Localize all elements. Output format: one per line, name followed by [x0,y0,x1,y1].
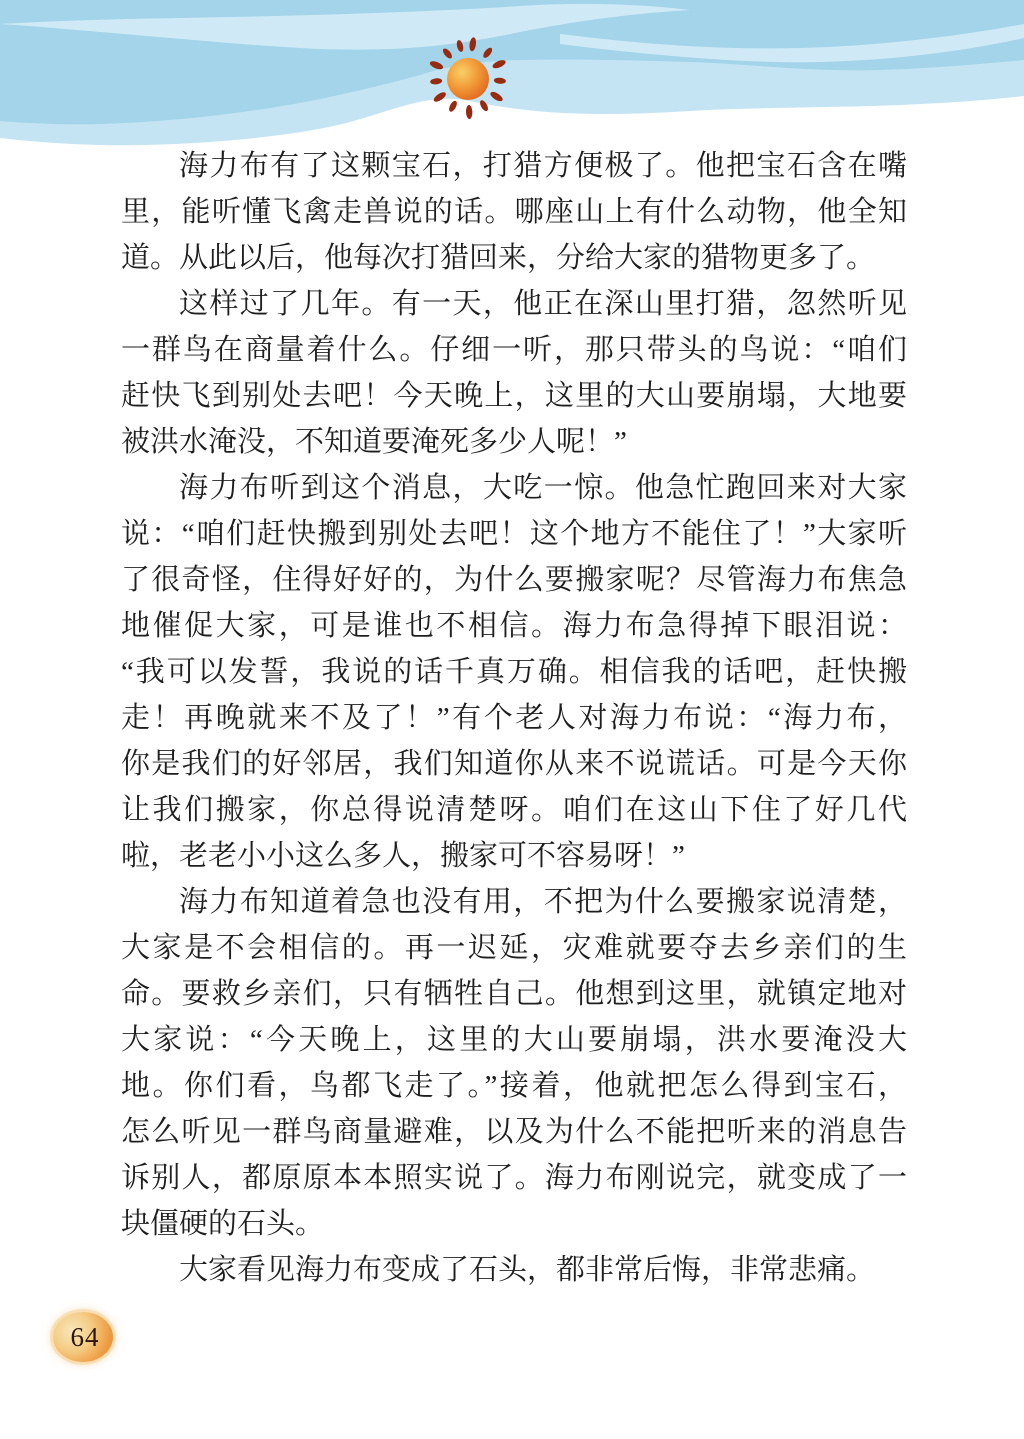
text-line: 啦，老老小小这么多人，搬家可不容易呀！” [121,833,907,879]
text-line: 海力布知道着急也没有用，不把为什么要搬家说清楚， [121,879,907,925]
text-line: 大家看见海力布变成了石头，都非常后悔，非常悲痛。 [121,1247,907,1293]
text-line: 里，能听懂飞禽走兽说的话。哪座山上有什么动物，他全知 [121,189,907,235]
text-line: 赶快飞到别处去吧！今天晚上，这里的大山要崩塌，大地要 [121,373,907,419]
text-line: “我可以发誓，我说的话千真万确。相信我的话吧，赶快搬 [121,649,907,695]
text-line: 说：“咱们赶快搬到别处去吧！这个地方不能住了！”大家听 [121,511,907,557]
text-line: 道。从此以后，他每次打猎回来，分给大家的猎物更多了。 [121,235,907,281]
text-line: 被洪水淹没，不知道要淹死多少人呢！” [121,419,907,465]
text-line: 大家说：“今天晚上，这里的大山要崩塌，洪水要淹没大 [121,1017,907,1063]
sun-core [447,58,489,100]
sun-icon [420,30,516,126]
page-number-badge: 64 [53,1312,113,1362]
text-line: 海力布有了这颗宝石，打猎方便极了。他把宝石含在嘴 [121,143,907,189]
text-line: 大家是不会相信的。再一迟延，灾难就要夺去乡亲们的生 [121,925,907,971]
text-line: 命。要救乡亲们，只有牺牲自己。他想到这里，就镇定地对 [121,971,907,1017]
text-line: 怎么听见一群鸟商量避难，以及为什么不能把听来的消息告 [121,1109,907,1155]
text-line: 地催促大家，可是谁也不相信。海力布急得掉下眼泪说： [121,603,907,649]
page-number: 64 [71,1322,100,1353]
text-line: 让我们搬家，你总得说清楚呀。咱们在这山下住了好几代 [121,787,907,833]
text-block: 海力布有了这颗宝石，打猎方便极了。他把宝石含在嘴里，能听懂飞禽走兽说的话。哪座山… [121,143,907,1293]
text-line: 了很奇怪，住得好好的，为什么要搬家呢？尽管海力布焦急 [121,557,907,603]
text-line: 诉别人，都原原本本照实说了。海力布刚说完，就变成了一 [121,1155,907,1201]
text-line: 块僵硬的石头。 [121,1201,907,1247]
text-line: 这样过了几年。有一天，他正在深山里打猎，忽然听见 [121,281,907,327]
text-line: 地。你们看，鸟都飞走了。”接着，他就把怎么得到宝石， [121,1063,907,1109]
text-line: 你是我们的好邻居，我们知道你从来不说谎话。可是今天你 [121,741,907,787]
text-line: 一群鸟在商量着什么。仔细一听，那只带头的鸟说：“咱们 [121,327,907,373]
textbook-page: { "page": { "number": "64" }, "icons": {… [0,0,1024,1439]
text-line: 走！再晚就来不及了！”有个老人对海力布说：“海力布， [121,695,907,741]
text-line: 海力布听到这个消息，大吃一惊。他急忙跑回来对大家 [121,465,907,511]
